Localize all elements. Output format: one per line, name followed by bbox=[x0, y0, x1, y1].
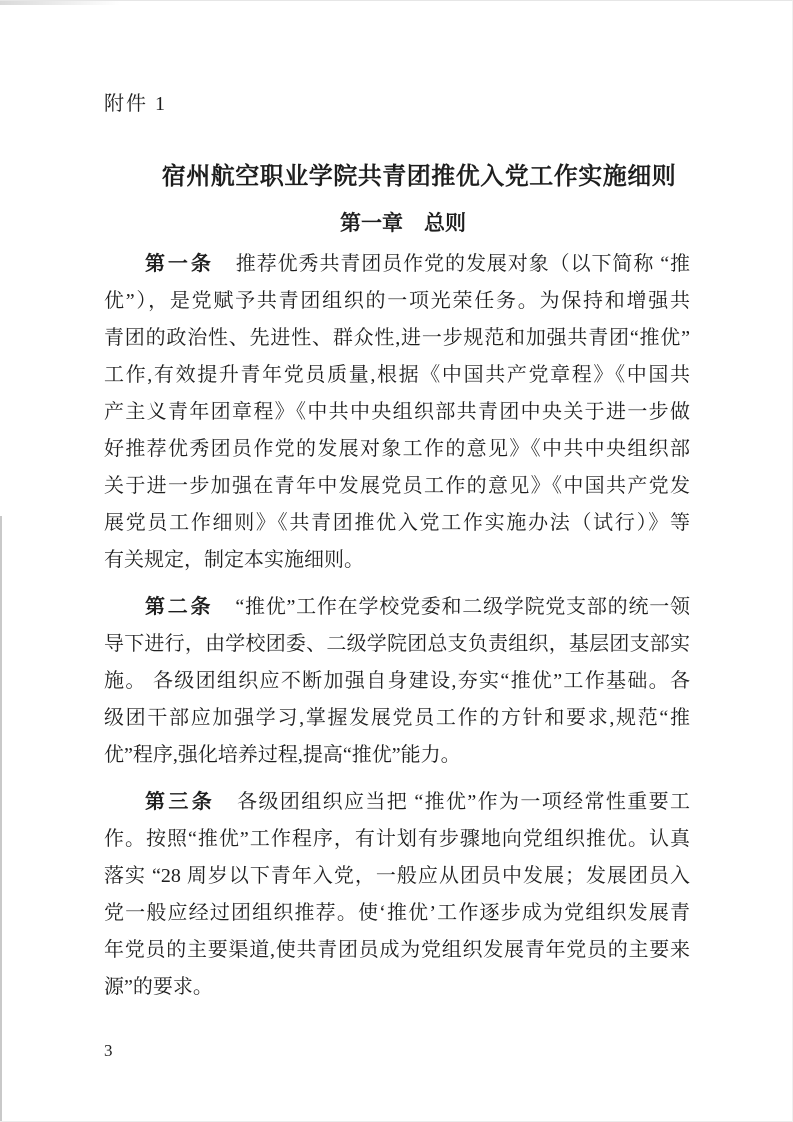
paragraph: 第一条推荐优秀共青团员作党的发展对象（以下简称 “推优”），是党赋予共青团组织的… bbox=[104, 246, 690, 579]
text-line: 导下进行，由学校团委、二级学院团总支负责组织，基层团支部实 bbox=[104, 626, 690, 663]
document-body: 第一条推荐优秀共青团员作党的发展对象（以下简称 “推优”），是党赋予共青团组织的… bbox=[104, 246, 690, 1016]
text-line: 第二条“推优”工作在学校党委和二级学院党支部的统一领 bbox=[104, 589, 690, 626]
text-line: 源”的要求。 bbox=[104, 969, 690, 1006]
text-line: 优”），是党赋予共青团组织的一项光荣任务。为保持和增强共 bbox=[104, 283, 690, 320]
article-number-label: 第一条 bbox=[145, 253, 214, 275]
article-number-label: 第二条 bbox=[145, 596, 213, 618]
text-line: 优”程序,强化培养过程,提高“推优”能力。 bbox=[104, 737, 690, 774]
text-line: 有关规定，制定本实施细则。 bbox=[104, 542, 690, 579]
line-text: “推优”工作在学校党委和二级学院党支部的统一领 bbox=[235, 596, 690, 618]
text-line: 作。按照“推优”工作程序，有计划有步骤地向党组织推优。认真 bbox=[104, 821, 690, 858]
document-title: 宿州航空职业学院共青团推优入党工作实施细则 bbox=[0, 156, 792, 191]
text-line: 年党员的主要渠道,使共青团员成为党组织发展青年党员的主要来 bbox=[104, 932, 690, 969]
text-line: 级团干部应加强学习,掌握发展党员工作的方针和要求,规范“推 bbox=[104, 700, 690, 737]
attachment-label: 附件 1 bbox=[104, 87, 167, 116]
text-line: 关于进一步加强在青年中发展党员工作的意见》《中国共产党发 bbox=[104, 468, 690, 505]
text-line: 落实 “28 周岁以下青年入党，一般应从团员中发展；发展团员入 bbox=[104, 858, 690, 895]
text-line: 好推荐优秀团员作党的发展对象工作的意见》《中共中央组织部 bbox=[104, 431, 690, 468]
paragraph: 第二条“推优”工作在学校党委和二级学院党支部的统一领导下进行，由学校团委、二级学… bbox=[104, 589, 690, 774]
chapter-heading: 第一章 总则 bbox=[0, 207, 792, 237]
page-number: 3 bbox=[104, 1041, 113, 1061]
paragraph: 第三条各级团组织应当把 “推优”作为一项经常性重要工作。按照“推优”工作程序，有… bbox=[104, 784, 690, 1006]
text-line: 产主义青年团章程》《中共中央组织部共青团中央关于进一步做 bbox=[104, 394, 690, 431]
text-line: 第一条推荐优秀共青团员作党的发展对象（以下简称 “推 bbox=[104, 246, 690, 283]
article-number-label: 第三条 bbox=[145, 791, 215, 813]
text-line: 第三条各级团组织应当把 “推优”作为一项经常性重要工 bbox=[104, 784, 690, 821]
document-page: 附件 1 宿州航空职业学院共青团推优入党工作实施细则 第一章 总则 第一条推荐优… bbox=[0, 0, 793, 1122]
text-line: 党一般应经过团组织推荐。使‘推优’工作逐步成为党组织发展青 bbox=[104, 895, 690, 932]
text-line: 展党员工作细则》《共青团推优入党工作实施办法（试行）》等 bbox=[104, 505, 690, 542]
line-text: 各级团组织应当把 “推优”作为一项经常性重要工 bbox=[237, 791, 690, 813]
text-line: 青团的政治性、先进性、群众性,进一步规范和加强共青团“推优” bbox=[104, 320, 690, 357]
text-line: 施。 各级团组织应不断加强自身建设,夯实“推优”工作基础。各 bbox=[104, 663, 690, 700]
line-text: 推荐优秀共青团员作党的发展对象（以下简称 “推 bbox=[236, 253, 690, 275]
text-line: 工作,有效提升青年党员质量,根据《中国共产党章程》《中国共 bbox=[104, 357, 690, 394]
